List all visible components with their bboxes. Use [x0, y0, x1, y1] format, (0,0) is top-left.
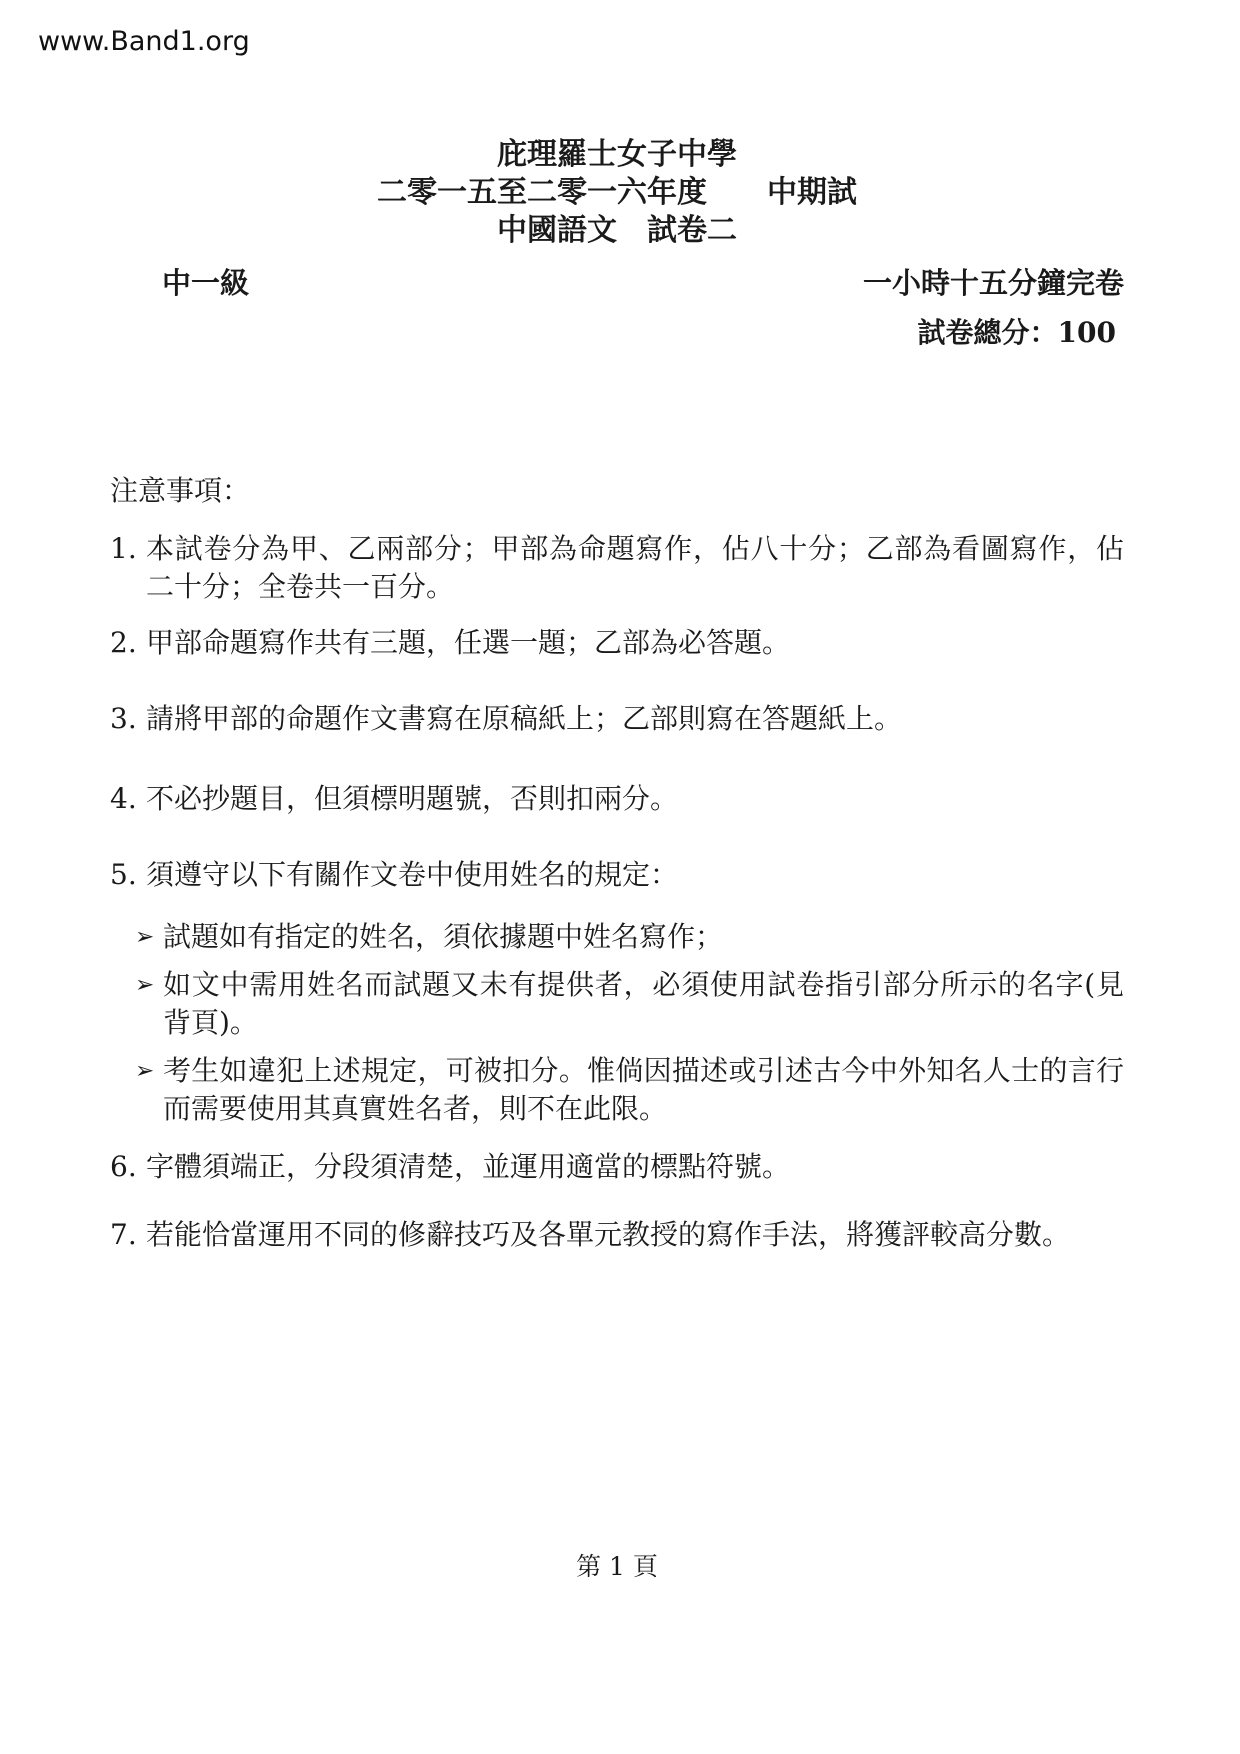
school-name: 庇理羅士女子中學 — [110, 136, 1124, 174]
note-number: 2. — [110, 624, 146, 662]
page-number: 第 1 頁 — [110, 1550, 1124, 1584]
note-item-7: 7. 若能恰當運用不同的修辭技巧及各單元教授的寫作手法，將獲評較高分數。 — [110, 1216, 1124, 1254]
sub-item-2: ➢ 如文中需用姓名而試題又未有提供者，必須使用試卷指引部分所示的名字(見背頁)。 — [135, 966, 1124, 1042]
note-number: 3. — [110, 700, 146, 738]
total-score: 試卷總分：100 — [110, 316, 1124, 350]
note-number: 6. — [110, 1148, 146, 1186]
note-item-3: 3. 請將甲部的命題作文書寫在原稿紙上；乙部則寫在答題紙上。 — [110, 700, 1124, 738]
subject-and-paper-title: 中國語文 試卷二 — [110, 212, 1124, 250]
page-content: 庇理羅士女子中學 二零一五至二零一六年度 中期試 中國語文 試卷二 中一級 一小… — [110, 0, 1124, 1254]
note-number: 5. — [110, 856, 146, 894]
note-text: 若能恰當運用不同的修辭技巧及各單元教授的寫作手法，將獲評較高分數。 — [146, 1216, 1124, 1254]
note-number: 1. — [110, 530, 146, 606]
exam-paper-page: www.Band1.org 庇理羅士女子中學 二零一五至二零一六年度 中期試 中… — [0, 0, 1240, 1754]
sub-item-3: ➢ 考生如違犯上述規定，可被扣分。惟倘因描述或引述古今中外知名人士的言行而需要使… — [135, 1052, 1124, 1128]
name-rules-sub-list: ➢ 試題如有指定的姓名，須依據題中姓名寫作； ➢ 如文中需用姓名而試題又未有提供… — [135, 918, 1124, 1128]
form-level: 中一級 — [162, 266, 249, 300]
note-text: 須遵守以下有關作文卷中使用姓名的規定： — [146, 856, 1124, 894]
paper-header: 庇理羅士女子中學 二零一五至二零一六年度 中期試 中國語文 試卷二 中一級 一小… — [110, 0, 1124, 350]
note-item-4: 4. 不必抄題目，但須標明題號，否則扣兩分。 — [110, 780, 1124, 818]
arrowhead-bullet-icon: ➢ — [135, 918, 163, 956]
sub-item-text: 如文中需用姓名而試題又未有提供者，必須使用試卷指引部分所示的名字(見背頁)。 — [163, 966, 1124, 1042]
note-text: 字體須端正，分段須清楚，並運用適當的標點符號。 — [146, 1148, 1124, 1186]
meta-row: 中一級 一小時十五分鐘完卷 — [110, 266, 1124, 300]
sub-item-text: 試題如有指定的姓名，須依據題中姓名寫作； — [163, 918, 1124, 956]
notes-section: 注意事項： 1. 本試卷分為甲、乙兩部分；甲部為命題寫作，佔八十分；乙部為看圖寫… — [110, 472, 1124, 1254]
note-item-2: 2. 甲部命題寫作共有三題，任選一題；乙部為必答題。 — [110, 624, 1124, 662]
note-text: 請將甲部的命題作文書寫在原稿紙上；乙部則寫在答題紙上。 — [146, 700, 1124, 738]
time-allowed: 一小時十五分鐘完卷 — [863, 266, 1124, 300]
note-item-6: 6. 字體須端正，分段須清楚，並運用適當的標點符號。 — [110, 1148, 1124, 1186]
note-number: 7. — [110, 1216, 146, 1254]
arrowhead-bullet-icon: ➢ — [135, 1052, 163, 1128]
note-item-1: 1. 本試卷分為甲、乙兩部分；甲部為命題寫作，佔八十分；乙部為看圖寫作，佔二十分… — [110, 530, 1124, 606]
note-text: 甲部命題寫作共有三題，任選一題；乙部為必答題。 — [146, 624, 1124, 662]
notes-heading: 注意事項： — [110, 472, 1124, 510]
sub-item-1: ➢ 試題如有指定的姓名，須依據題中姓名寫作； — [135, 918, 1124, 956]
year-and-exam-title: 二零一五至二零一六年度 中期試 — [110, 174, 1124, 212]
sub-item-text: 考生如違犯上述規定，可被扣分。惟倘因描述或引述古今中外知名人士的言行而需要使用其… — [163, 1052, 1124, 1128]
note-item-5: 5. 須遵守以下有關作文卷中使用姓名的規定： ➢ 試題如有指定的姓名，須依據題中… — [110, 856, 1124, 1128]
arrowhead-bullet-icon: ➢ — [135, 966, 163, 1042]
note-item-5-row: 5. 須遵守以下有關作文卷中使用姓名的規定： — [110, 856, 1124, 894]
note-text: 不必抄題目，但須標明題號，否則扣兩分。 — [146, 780, 1124, 818]
note-text: 本試卷分為甲、乙兩部分；甲部為命題寫作，佔八十分；乙部為看圖寫作，佔二十分；全卷… — [146, 530, 1124, 606]
note-number: 4. — [110, 780, 146, 818]
